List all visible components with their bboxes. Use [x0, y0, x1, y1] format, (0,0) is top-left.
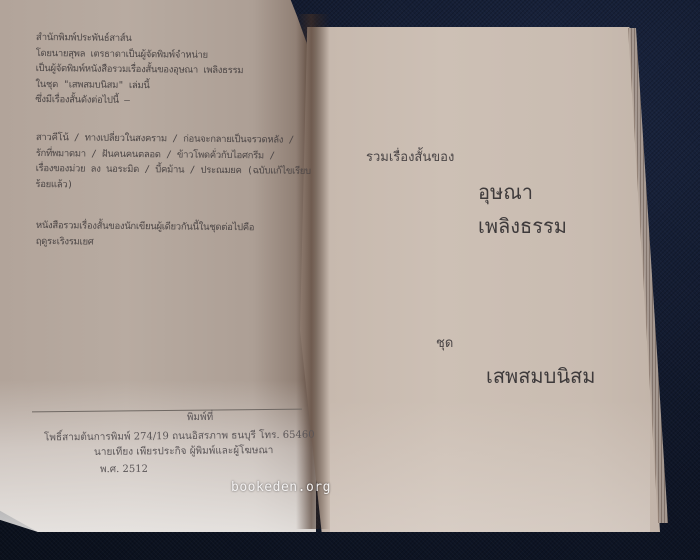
imprint-printer: นายเทียง เพียรประกิจ ผู้พิมพ์และผู้โฆษณา [94, 443, 274, 460]
watermark: bookeden.org [231, 480, 331, 495]
imprint-heading: พิมพ์ที่ [187, 410, 213, 425]
contents-line: ร้อยแล้ว) [35, 176, 310, 194]
publisher-line: ซึ่งมีเรื่องสั้นดังต่อไปนี้ — [35, 92, 243, 110]
series-label: ชุด [436, 332, 453, 353]
contents-line: เรื่องของม่วย ลง นอระมิด / บี้คม้าน / ปร… [36, 161, 311, 179]
collection-label: รวมเรื่องสั้นของ [366, 146, 454, 167]
author-last-name: เพลิงธรรม [478, 210, 567, 242]
publisher-line: เป็นผู้จัดพิมพ์หนังสือรวมเรื่องสั้นของอุ… [36, 61, 244, 79]
book-gutter [296, 14, 330, 529]
right-page-highlight [330, 400, 650, 532]
series-note: หนังสือรวมเรื่องสั้นของนักเขียนผู้เดียวก… [36, 218, 255, 251]
imprint-year: พ.ศ. 2512 [100, 462, 148, 477]
author-first-name: อุษณา [478, 176, 533, 208]
series-note-line: หนังสือรวมเรื่องสั้นของนักเขียนผู้เดียวก… [36, 218, 254, 236]
publisher-line: สำนักพิมพ์ประพันธ์สาส์น [36, 30, 244, 48]
publisher-note: สำนักพิมพ์ประพันธ์สาส์น โดยนายสุพล เตรธา… [35, 30, 243, 110]
imprint-address: โพธิ์สามต้นการพิมพ์ 274/19 ถนนอิสรภาพ ธน… [44, 428, 315, 446]
contents-list: สาวคีโน้ / ทางเปลี่ยวในสงคราม / ก่อนจะกล… [35, 130, 311, 195]
series-note-line: ฤดูระเริงรมเยศ [36, 233, 254, 251]
series-title: เสพสมบนิสม [486, 360, 595, 392]
